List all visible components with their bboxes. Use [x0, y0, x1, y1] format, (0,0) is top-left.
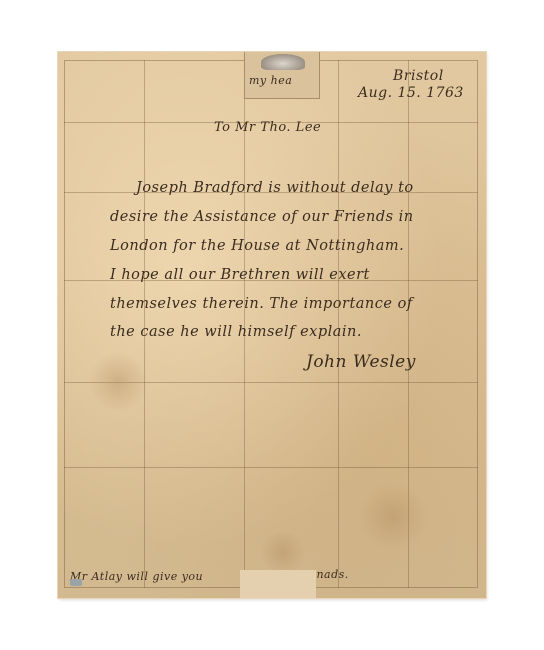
- date: Aug. 15. 1763: [358, 85, 464, 101]
- footer-note-left: Mr Atlay will give you: [70, 570, 203, 583]
- body-line: themselves therein. The importance of: [110, 296, 413, 312]
- body-line: Joseph Bradford is without delay to: [136, 180, 414, 196]
- seal-tab: my hea: [244, 52, 320, 99]
- paper-stain: [358, 482, 428, 552]
- archive-tag: [70, 579, 82, 586]
- salutation: To Mr Tho. Lee: [214, 120, 321, 135]
- signature: John Wesley: [306, 352, 416, 372]
- place: Bristol: [393, 68, 444, 84]
- fold-line: [64, 467, 478, 468]
- letter-paper: my hea Bristol Aug. 15. 1763 To Mr Tho. …: [58, 52, 486, 598]
- body-line: I hope all our Brethren will exert: [110, 267, 370, 283]
- seal-tear: [261, 54, 305, 70]
- body-line: the case he will himself explain.: [110, 324, 362, 340]
- body-line: desire the Assistance of our Friends in: [110, 209, 414, 225]
- paper-stain: [88, 352, 148, 412]
- tab-note: my hea: [249, 74, 292, 87]
- torn-notch: [240, 570, 316, 598]
- body-line: London for the House at Nottingham.: [110, 238, 404, 254]
- paper-stain: [258, 532, 308, 572]
